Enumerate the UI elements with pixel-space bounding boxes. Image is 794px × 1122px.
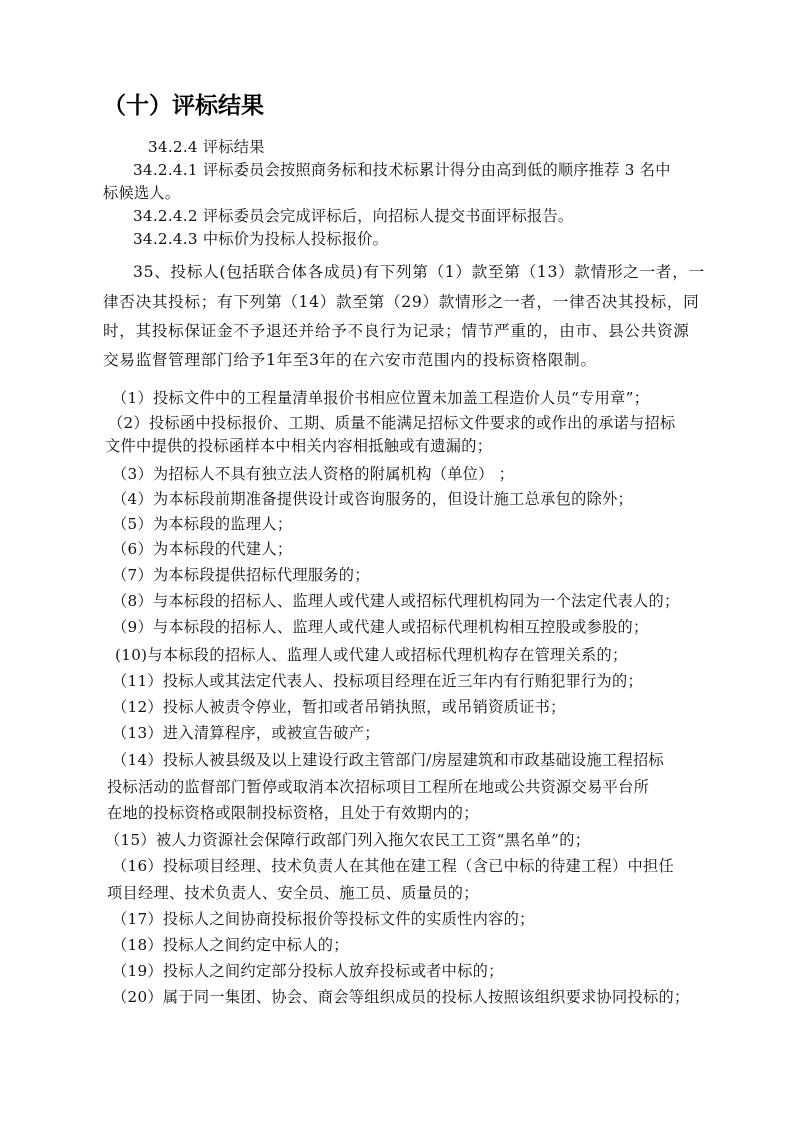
clause-title: 34.2.4 评标结果 [148, 140, 265, 155]
list-item: （19）投标人之间约定部分投标人放弃投标或者中标的； [112, 964, 504, 979]
clause-line: 34.2.4.1 评标委员会按照商务标和技术标累计得分由高到低的顺序推荐 3 名… [133, 163, 671, 178]
list-item: （6）为本标段的代建人； [112, 542, 292, 557]
list-item-continuation: 在地的投标资格或限制投标资格，且处于有效期内的； [107, 806, 479, 821]
list-item: （9）与本标段的招标人、监理人或代建人或招标代理机构相互控股或参股的； [112, 620, 649, 635]
list-item-continuation: 项目经理、技术负责人、安全员、施工员、质量员的； [107, 886, 479, 901]
list-item: （2）投标函中投标报价、工期、质量不能满足招标文件要求的或作出的承诺与招标 [108, 416, 676, 431]
paragraph-line: 律否决其投标；有下列第（14）款至第（29）款情形之一者，一律否决其投标，同 [103, 295, 699, 311]
paragraph-line: 时，其投标保证金不予退还并给予不良行为记录；情节严重的，由市、县公共资源 [103, 324, 690, 340]
list-item: （3）为招标人不具有独立法人资格的附属机构（单位） ； [112, 467, 514, 482]
list-item-continuation: 文件中提供的投标函样本中相关内容相抵触或有遗漏的； [105, 439, 492, 454]
list-item: （5）为本标段的监理人； [112, 517, 292, 532]
list-item: （20）属于同一集团、协会、商会等组织成员的投标人按照该组织要求协同投标的； [112, 990, 689, 1005]
list-item: （8）与本标段的招标人、监理人或代建人或招标代理机构同为一个法定代表人的； [112, 594, 680, 609]
list-item: （7）为本标段提供招标代理服务的； [112, 568, 370, 583]
paragraph-line: 35、投标人(包括联合体各成员)有下列第（1）款至第（13）款情形之一者，一 [133, 265, 705, 281]
list-item: （1）投标文件中的工程量清单报价书相应位置未加盖工程造价人员“专用章”； [112, 391, 649, 406]
list-item: （11）投标人或其法定代表人、投标项目经理在近三年内有行贿犯罪行为的； [112, 674, 643, 689]
list-item: （14）投标人被县级及以上建设行政主管部门/房屋建筑和市政基础设施工程招标 [112, 753, 664, 768]
document-page: （十）评标结果 34.2.4 评标结果 34.2.4.1 评标委员会按照商务标和… [0, 0, 794, 1122]
list-item: （16）投标项目经理、技术负责人在其他在建工程（含已中标的待建工程）中担任 [112, 859, 674, 874]
list-item: （13）进入清算程序，或被宣告破产； [112, 726, 380, 741]
list-item: （17）投标人之间协商投标报价等投标文件的实质性内容的； [112, 912, 535, 927]
clause-line: 34.2.4.3 中标价为投标人投标报价。 [133, 232, 388, 247]
list-item: （18）投标人之间约定中标人的； [112, 938, 349, 953]
clause-line: 34.2.4.2 评标委员会完成评标后，向招标人提交书面评标报告。 [133, 209, 573, 224]
clause-line: 标候选人。 [103, 186, 180, 201]
list-item-continuation: 投标活动的监督部门暂停或取消本次招标项目工程所在地或公共资源交易平台所 [107, 780, 649, 795]
list-item: （15）被人力资源社会保障行政部门列入拖欠农民工工资“黑名单”的； [105, 833, 590, 848]
list-item: (10)与本标段的招标人、监理人或代建人或招标代理机构存在管理关系的； [115, 648, 628, 663]
paragraph-line: 交易监督管理部门给予1年至3年的在六安市范围内的投标资格限制。 [103, 353, 597, 369]
list-item: （4）为本标段前期准备提供设计或咨询服务的，但设计施工总承包的除外； [112, 492, 633, 507]
list-item: （12）投标人被责令停业，暂扣或者吊销执照，或吊销资质证书； [112, 700, 566, 715]
section-heading: （十）评标结果 [103, 95, 264, 118]
